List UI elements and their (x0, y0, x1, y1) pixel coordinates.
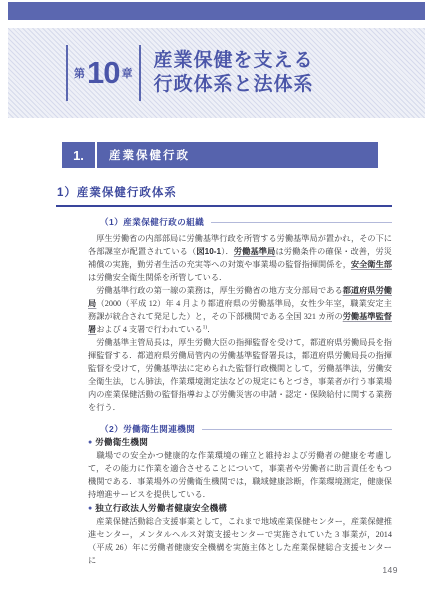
chapter-title: 産業保健を支える 行政体系と法体系 (153, 49, 313, 97)
chapter-divider-line-right (139, 45, 141, 101)
chapter-header: 第 10 章 産業保健を支える 行政体系と法体系 (8, 28, 425, 118)
sub-heading-2: （2）労働衛生関連機関 (100, 423, 392, 435)
page-number: 149 (382, 565, 398, 575)
bullet-title: 独立行政法人労働者健康安全機構 (95, 502, 227, 515)
bullet-icon: ● (88, 436, 92, 449)
body-paragraph: 労働基準行政の第一線の業務は，厚生労働省の地方支分部局である都道府県労働局（20… (88, 284, 392, 336)
chapter-title-line1: 産業保健を支える (153, 49, 313, 73)
page-content: 1. 産業保健行政 1）産業保健行政体系 （1）産業保健行政の組織 厚生労働省の… (56, 142, 392, 567)
sub-heading-1-label: （1）産業保健行政の組織 (100, 216, 204, 228)
section-header-bar: 1. 産業保健行政 (62, 142, 378, 168)
bullet-heading: ● 独立行政法人労働者健康安全機構 (88, 502, 392, 515)
sub-heading-1: （1）産業保健行政の組織 (100, 216, 392, 228)
heading-rule (202, 429, 392, 430)
chapter-top-bar (8, 2, 425, 20)
chapter-suffix: 章 (121, 65, 132, 81)
chapter-marker: 第 10 章 産業保健を支える 行政体系と法体系 (66, 45, 314, 101)
sub-heading-2-label: （2）労働衛生関連機関 (100, 423, 195, 435)
bullet-paragraph: 産業保健活動総合支援事業として，これまで地域産業保健センター，産業保健推進センタ… (88, 515, 392, 567)
section-number: 1. (62, 148, 95, 163)
bullet-title: 労働衛生機関 (95, 436, 148, 449)
chapter-prefix: 第 (74, 65, 85, 81)
chapter-number: 第 10 章 (68, 55, 139, 91)
heading-rule (211, 222, 392, 223)
section-title: 産業保健行政 (97, 147, 190, 163)
body-paragraph: 労働基準主管局長は，厚生労働大臣の指揮監督を受けて，都道府県労働局長を指揮監督す… (88, 336, 392, 414)
chapter-title-line2: 行政体系と法体系 (153, 73, 313, 97)
bullet-paragraph: 職場での安全かつ健康的な作業環境の確立と維持および労働者の健康を考慮して，その能… (88, 449, 392, 501)
subsection-heading: 1）産業保健行政体系 (56, 184, 392, 207)
body-paragraph: 厚生労働省の内部部局に労働基準行政を所管する労働基準局が置かれ，その下に各部課室… (88, 232, 392, 284)
chapter-number-value: 10 (87, 55, 119, 91)
bullet-icon: ● (88, 502, 92, 515)
bullet-heading: ● 労働衛生機関 (88, 436, 392, 449)
